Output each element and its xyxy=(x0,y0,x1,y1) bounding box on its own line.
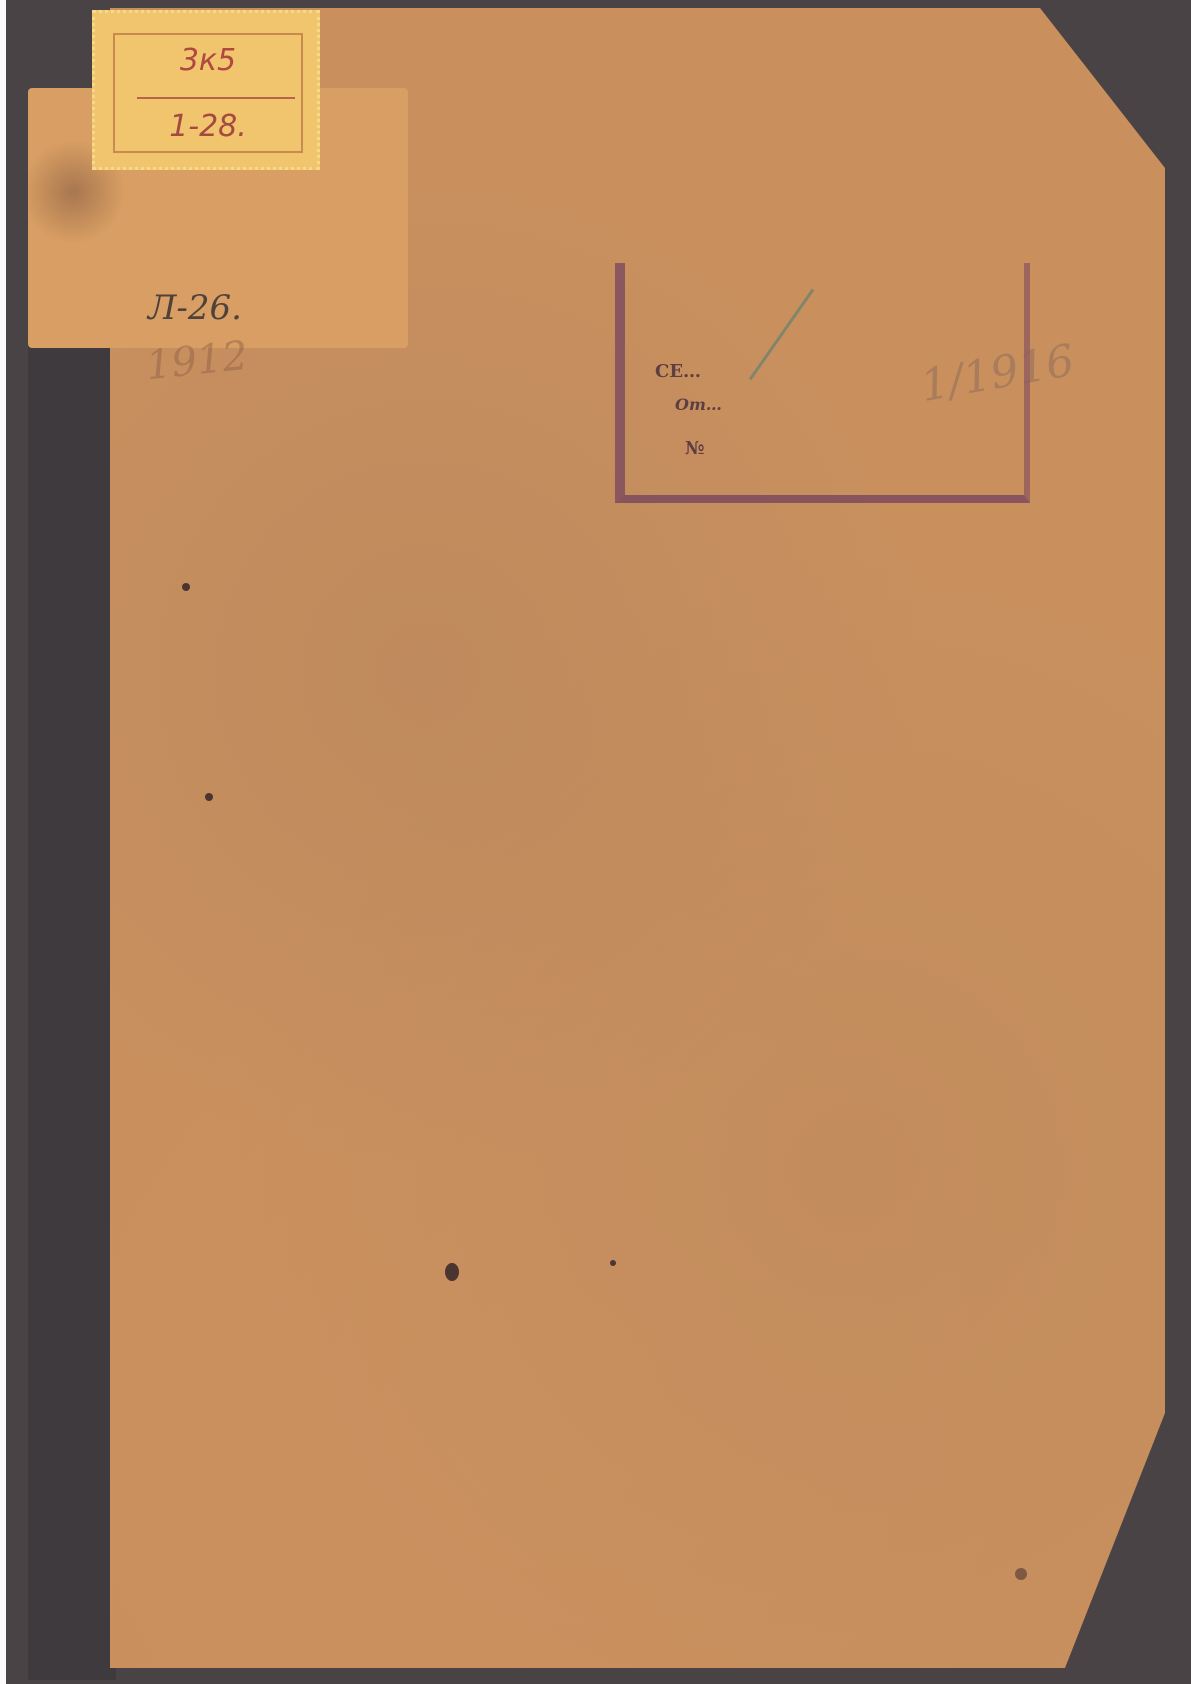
stamp-number-sign: № xyxy=(685,438,705,459)
spine-cloth-strip xyxy=(28,330,116,1680)
shelf-label-divider xyxy=(137,97,295,99)
shelf-label-frame: 3к5 1-28. xyxy=(113,33,303,153)
stain-spot xyxy=(182,583,190,591)
shelf-mark-label: 3к5 1-28. xyxy=(92,10,320,170)
handwritten-call-mark: Л-26. xyxy=(148,288,242,328)
stamp-line-2: От… xyxy=(675,395,722,414)
stain-spot xyxy=(205,793,213,801)
stamp-line-1: СЕ… xyxy=(655,361,701,382)
stain-spot xyxy=(1015,1568,1027,1580)
stain-spot xyxy=(610,1260,616,1266)
stain-spot xyxy=(445,1263,459,1281)
shelf-mark-top: 3к5 xyxy=(115,43,301,78)
shelf-mark-bottom: 1-28. xyxy=(115,109,301,144)
